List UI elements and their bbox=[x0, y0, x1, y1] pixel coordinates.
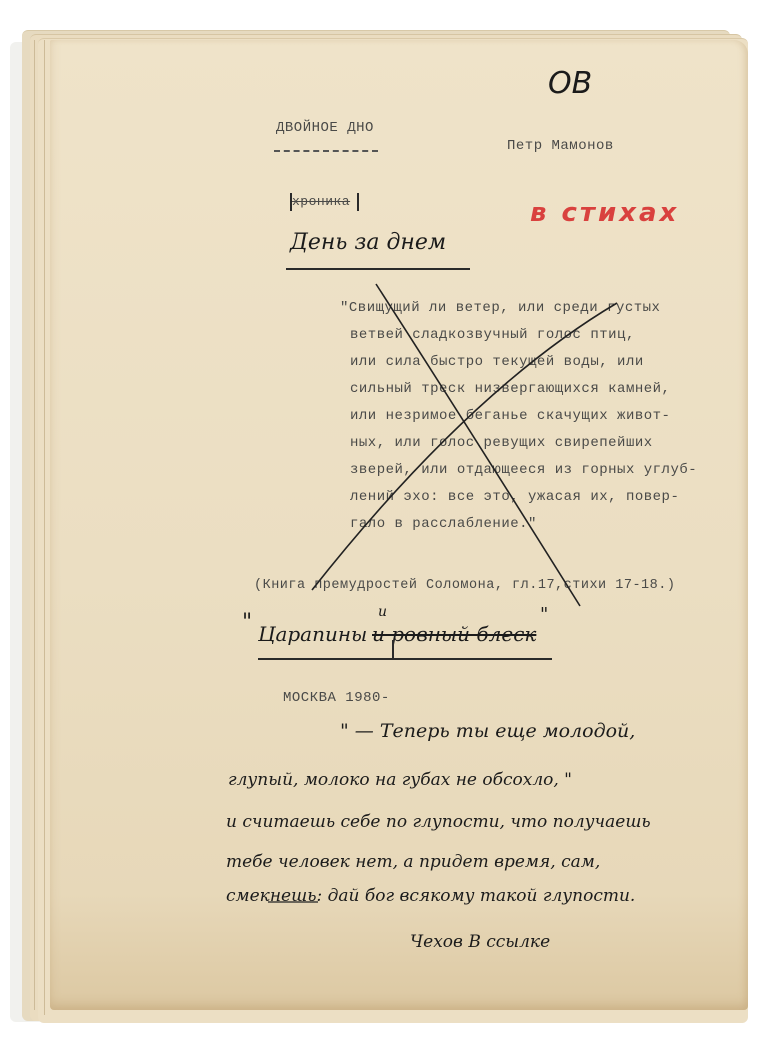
handwritten-title: День за днем bbox=[290, 230, 446, 255]
epigraph-line: гало в расслабление." bbox=[350, 516, 537, 532]
handwritten-quote-line: " — Теперь ты еще молодой, bbox=[340, 720, 635, 742]
epigraph-line: ных, или голос ревущих свирепейших bbox=[350, 435, 653, 451]
second-title-kept: Царапины bbox=[258, 622, 367, 646]
second-title-underline bbox=[258, 658, 552, 660]
epigraph: "Свищущий ли ветер, или среди густых вет… bbox=[340, 300, 730, 550]
handwritten-quote-line: глупый, молоко на губах не обсохло, " bbox=[228, 770, 572, 790]
struck-genre: хроника bbox=[292, 194, 350, 209]
place-date: МОСКВА 1980- bbox=[283, 690, 390, 706]
sheet-edge bbox=[34, 40, 35, 1010]
epigraph-line: или сила быстро текущей воды, или bbox=[350, 354, 644, 370]
handwritten-attribution: Чехов В ссылке bbox=[410, 932, 550, 952]
epigraph-line: сильный треск низвергающихся камней, bbox=[350, 381, 670, 397]
page-mark: ОВ bbox=[548, 66, 592, 101]
epigraph-line: зверей, или отдающееся из горных углуб- bbox=[350, 462, 697, 478]
second-title-close-quote: " bbox=[540, 604, 548, 625]
handwritten-quote-line: смекнешь: дай бог всякому такой глупости… bbox=[226, 886, 635, 906]
typed-title: ДВОЙНОЕ ДНО bbox=[276, 120, 374, 136]
epigraph-line: лений эхо: все это, ужасая их, повер- bbox=[350, 489, 679, 505]
handwritten-quote-line: тебе человек нет, а придет время, сам, bbox=[226, 852, 600, 872]
title-underline bbox=[274, 150, 378, 152]
second-title-mark: и bbox=[378, 604, 387, 620]
epigraph-line: ветвей сладкозвучный голос птиц, bbox=[350, 327, 635, 343]
author-name: Петр Мамонов bbox=[507, 138, 614, 154]
second-title-open-quote: " bbox=[242, 610, 252, 635]
sheet-edge bbox=[44, 40, 45, 1015]
epigraph-line: или незримое беганье скачущих живот- bbox=[350, 408, 670, 424]
insertion-caret bbox=[392, 640, 394, 658]
epigraph-source: (Книга премудростей Соломона, гл.17,стих… bbox=[254, 578, 675, 593]
epigraph-line: "Свищущий ли ветер, или среди густых bbox=[340, 300, 660, 316]
red-annotation: в стихах bbox=[530, 198, 679, 228]
handwritten-quote-line: и считаешь себе по глупости, что получае… bbox=[226, 812, 651, 832]
bracket-left bbox=[290, 193, 292, 211]
handwritten-title-underline bbox=[286, 268, 470, 270]
second-title-struck: и ровный блеск bbox=[372, 622, 536, 646]
bracket-right bbox=[357, 193, 359, 211]
